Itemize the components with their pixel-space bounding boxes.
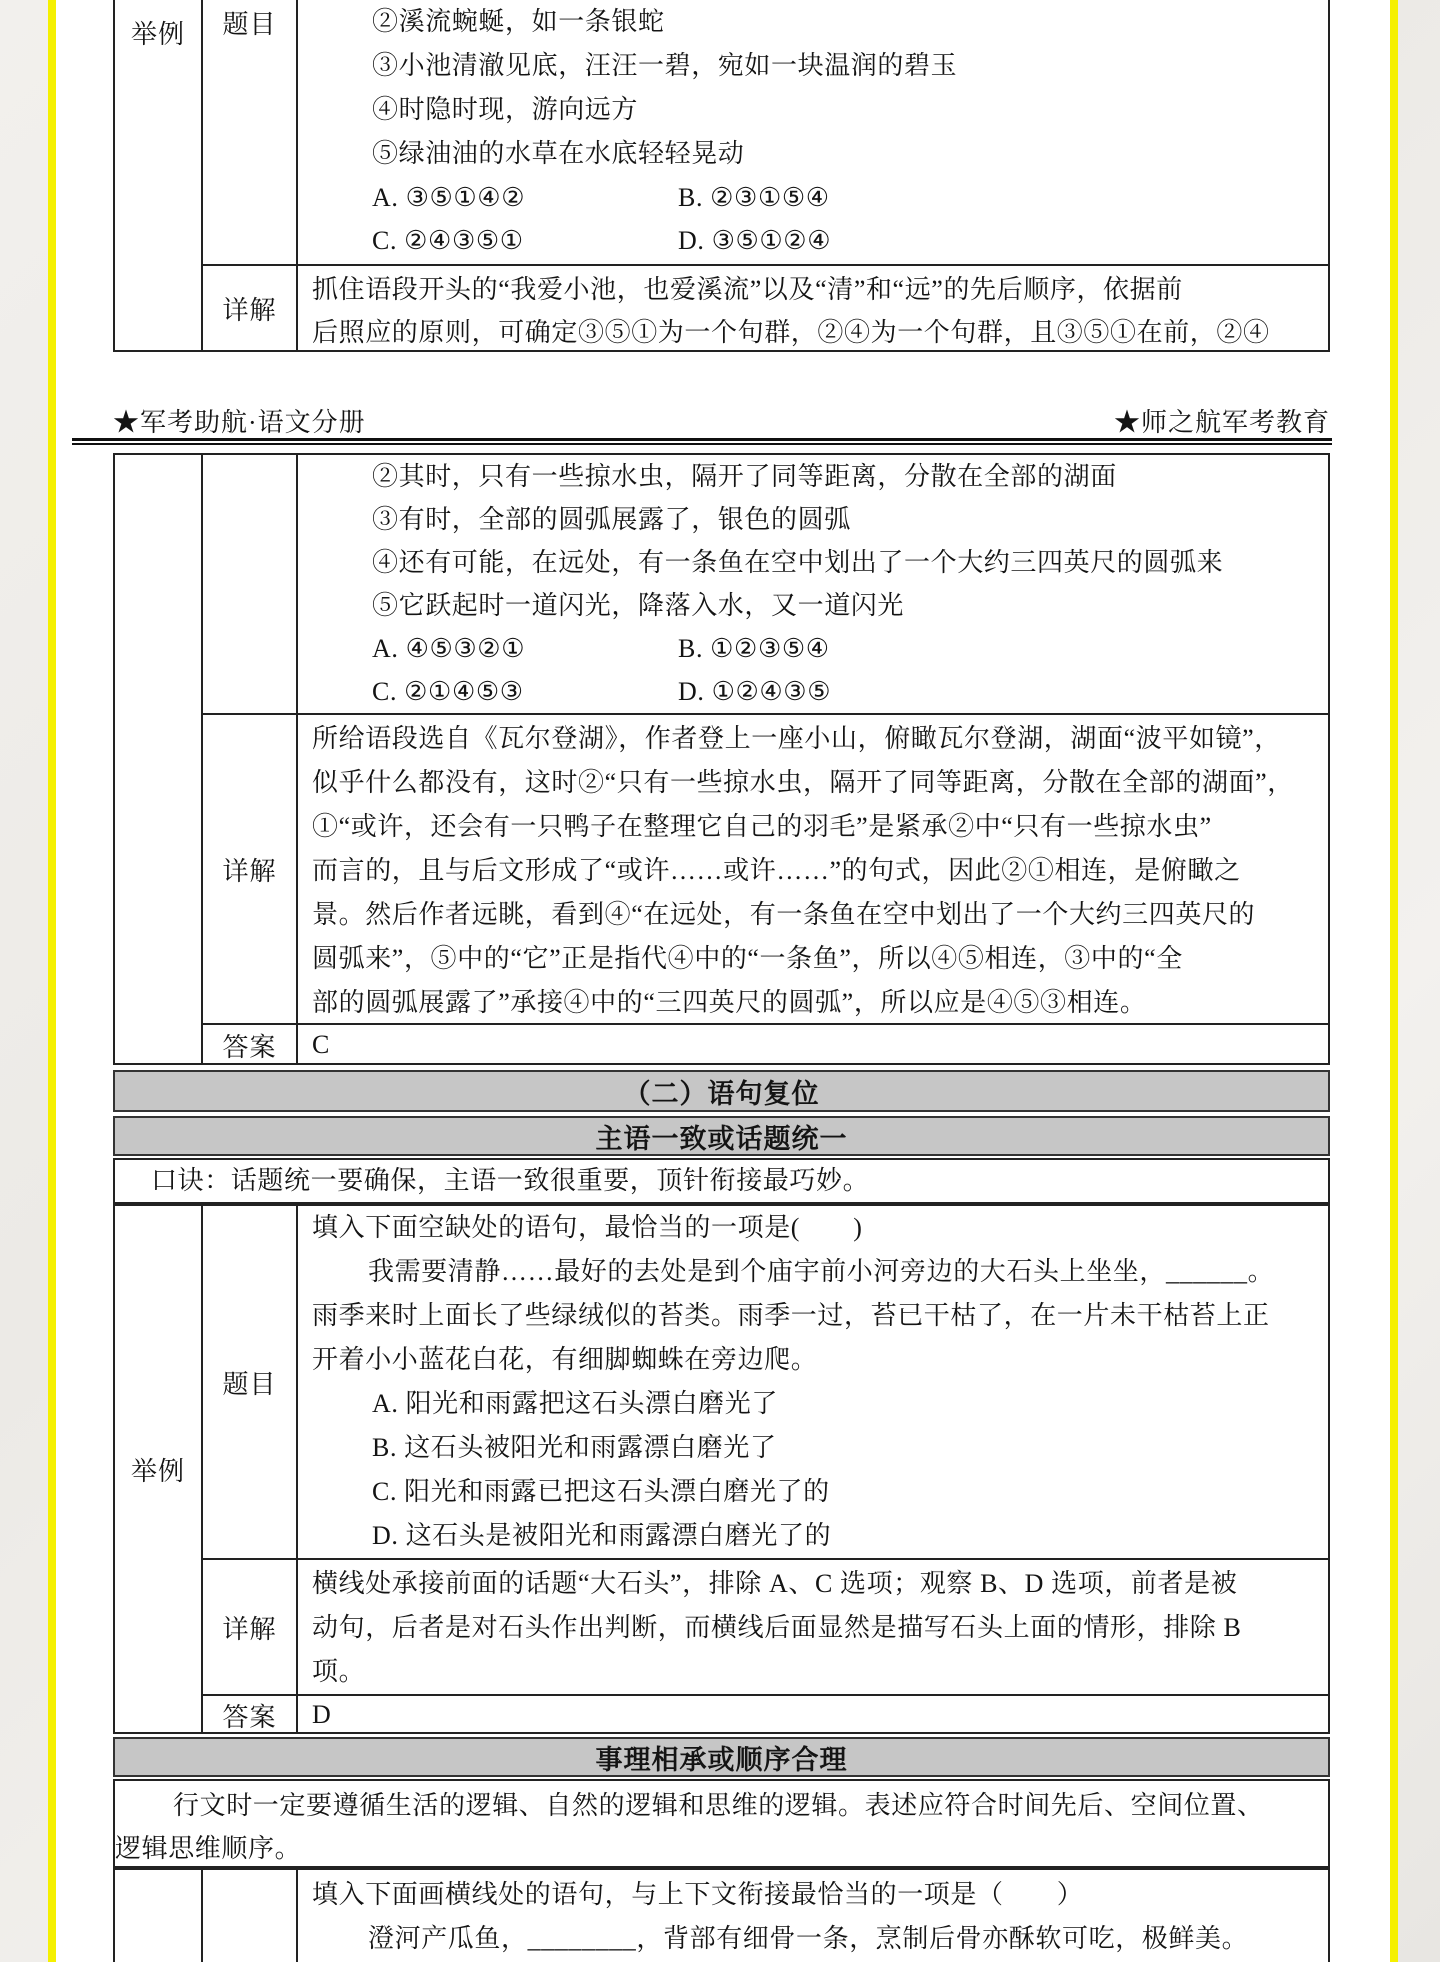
scanned-book-page: 举例 题目 ②溪流蜿蜒，如一条银蛇 ③小池清澈见底，汪汪一碧，宛如一块温润的碧玉… bbox=[0, 0, 1440, 1962]
note-line: 逻辑思维顺序。 bbox=[115, 1827, 1328, 1870]
cell-label-question: 题目 bbox=[203, 0, 298, 264]
page-header: ★军考助航·语文分册 ★师之航军考教育 bbox=[113, 402, 1330, 438]
row-label-example: 举例 bbox=[115, 0, 203, 350]
header-double-rule bbox=[72, 438, 1332, 445]
explain-line: 所给语段选自《瓦尔登湖》，作者登上一座小山，俯瞰瓦尔登湖，湖面“波平如镜”， bbox=[312, 717, 1328, 761]
cell-label-explain: 详解 bbox=[203, 1560, 298, 1694]
question-line: ③有时，全部的圆弧展露了，银色的圆弧 bbox=[312, 498, 1328, 541]
question-cell: ②溪流蜿蜒，如一条银蛇 ③小池清澈见底，汪汪一碧，宛如一块温润的碧玉 ④时隐时现… bbox=[298, 0, 1328, 264]
table-sentence-ordering-1: 举例 题目 ②溪流蜿蜒，如一条银蛇 ③小池清澈见底，汪汪一碧，宛如一块温润的碧玉… bbox=[113, 0, 1330, 352]
option-a: A. ③⑤①④② bbox=[312, 176, 678, 219]
right-yellow-rule bbox=[1390, 0, 1398, 1962]
left-yellow-rule bbox=[48, 0, 56, 1962]
option-b: B. ②③①⑤④ bbox=[678, 176, 830, 219]
question-line: ②溪流蜿蜒，如一条银蛇 bbox=[312, 0, 1328, 44]
question-line: ④还有可能，在远处，有一条鱼在空中划出了一个大约三四英尺的圆弧来 bbox=[312, 541, 1328, 584]
option-c: C. ②④③⑤① bbox=[312, 219, 678, 262]
option-b: B. ①②③⑤④ bbox=[678, 627, 830, 670]
question-cell: 填入下面空缺处的语句，最恰当的一项是( ) 我需要清静……最好的去处是到个庙宇前… bbox=[298, 1206, 1328, 1558]
explain-line: 而言的，且与后文形成了“或许……或许……”的句式，因此②①相连，是俯瞰之 bbox=[312, 849, 1328, 893]
mnemonic-row: 口诀：话题统一要确保，主语一致很重要，顶针衔接最巧妙。 bbox=[113, 1158, 1330, 1204]
question-paragraph-line: 澄河产瓜鱼，________，背部有细骨一条，烹制后骨亦酥软可吃，极鲜美。 bbox=[312, 1917, 1328, 1960]
explain-line: 横线处承接前面的话题“大石头”，排除 A、C 选项；观察 B、D 选项，前者是被 bbox=[312, 1562, 1328, 1606]
header-right-brand: ★师之航军考教育 bbox=[1114, 402, 1330, 438]
cell-label-question: 题目 bbox=[203, 1206, 298, 1558]
question-line: ③小池清澈见底，汪汪一碧，宛如一块温润的碧玉 bbox=[312, 44, 1328, 88]
row-label-empty bbox=[115, 455, 203, 1063]
answer-value: C bbox=[298, 1025, 1328, 1065]
question-cell: 填入下面画横线处的语句，与上下文衔接最恰当的一项是（ ） 澄河产瓜鱼，_____… bbox=[298, 1870, 1328, 1962]
cell-label-empty bbox=[203, 455, 298, 713]
explain-line: 景。然后作者远眺，看到④“在远处，有一条鱼在空中划出了一个大约三四英尺的 bbox=[312, 893, 1328, 937]
question-line: ⑤它跃起时一道闪光，降落入水，又一道闪光 bbox=[312, 584, 1328, 627]
explain-cell: 抓住语段开头的“我爱小池，也爱溪流”以及“清”和“远”的先后顺序，依据前 后照应… bbox=[298, 266, 1328, 350]
question-line: ②其时，只有一些掠水虫，隔开了同等距离，分散在全部的湖面 bbox=[312, 455, 1328, 498]
question-paragraph-line: 雨季来时上面长了些绿绒似的苔类。雨季一过，苔已干枯了，在一片未干枯苔上正 bbox=[312, 1294, 1328, 1338]
note-line: 行文时一定要遵循生活的逻辑、自然的逻辑和思维的逻辑。表述应符合时间先后、空间位置… bbox=[115, 1784, 1328, 1827]
table-sentence-fill-example: 举例 题目 填入下面空缺处的语句，最恰当的一项是( ) 我需要清静……最好的去处… bbox=[113, 1204, 1330, 1734]
option-b: B. 这石头被阳光和雨露漂白磨光了 bbox=[312, 1426, 1328, 1470]
question-stem: 填入下面空缺处的语句，最恰当的一项是( ) bbox=[312, 1206, 1328, 1250]
explain-line: ①“或许，还会有一只鸭子在整理它自己的羽毛”是紧承②中“只有一些掠水虫” bbox=[312, 805, 1328, 849]
table-sentence-ordering-2: ②其时，只有一些掠水虫，隔开了同等距离，分散在全部的湖面 ③有时，全部的圆弧展露… bbox=[113, 453, 1330, 1065]
header-left-booklet-title: ★军考助航·语文分册 bbox=[113, 402, 366, 438]
answer-value: D bbox=[298, 1696, 1328, 1734]
option-c: C. 阳光和雨露已把这石头漂白磨光了的 bbox=[312, 1470, 1328, 1514]
question-line: ⑤绿油油的水草在水底轻轻晃动 bbox=[312, 132, 1328, 176]
row-label-example: 举例 bbox=[115, 1206, 203, 1732]
section-heading-sentence-repositioning: （二）语句复位 bbox=[113, 1070, 1330, 1112]
question-stem: 填入下面画横线处的语句，与上下文衔接最恰当的一项是（ ） bbox=[312, 1873, 1328, 1917]
question-line: ④时隐时现，游向远方 bbox=[312, 88, 1328, 132]
options-row: C. ②④③⑤① D. ③⑤①②④ bbox=[312, 219, 1328, 262]
principle-note-row: 行文时一定要遵循生活的逻辑、自然的逻辑和思维的逻辑。表述应符合时间先后、空间位置… bbox=[113, 1779, 1330, 1868]
option-d: D. ③⑤①②④ bbox=[678, 219, 831, 262]
option-a: A. 阳光和雨露把这石头漂白磨光了 bbox=[312, 1382, 1328, 1426]
explain-line: 似乎什么都没有，这时②“只有一些掠水虫，隔开了同等距离，分散在全部的湖面”， bbox=[312, 761, 1328, 805]
explain-line: 项。 bbox=[312, 1650, 1328, 1694]
cell-label-explain: 详解 bbox=[203, 266, 298, 350]
explain-line: 圆弧来”，⑤中的“它”正是指代④中的“一条鱼”，所以④⑤相连，③中的“全 bbox=[312, 937, 1328, 981]
explain-cell: 所给语段选自《瓦尔登湖》，作者登上一座小山，俯瞰瓦尔登湖，湖面“波平如镜”， 似… bbox=[298, 715, 1328, 1023]
explain-line: 动句，后者是对石头作出判断，而横线后面显然是描写石头上面的情形，排除 B bbox=[312, 1606, 1328, 1650]
question-paragraph-line: 我需要清静……最好的去处是到个庙宇前小河旁边的大石头上坐坐，______。 bbox=[312, 1250, 1328, 1294]
question-paragraph-line: 开着小小蓝花白花，有细脚蜘蛛在旁边爬。 bbox=[312, 1338, 1328, 1382]
explain-line: 后照应的原则，可确定③⑤①为一个句群，②④为一个句群，且③⑤①在前，②④ bbox=[312, 311, 1328, 350]
option-d: D. 这石头是被阳光和雨露漂白磨光了的 bbox=[312, 1514, 1328, 1558]
cell-label-empty bbox=[203, 1870, 298, 1962]
option-a: A. ④⑤③②① bbox=[312, 627, 678, 670]
cell-label-explain: 详解 bbox=[203, 715, 298, 1023]
row-label-empty bbox=[115, 1870, 203, 1962]
options-row: A. ③⑤①④② B. ②③①⑤④ bbox=[312, 176, 1328, 219]
subsection-heading-logical-order: 事理相承或顺序合理 bbox=[113, 1737, 1330, 1777]
option-d: D. ①②④③⑤ bbox=[678, 670, 831, 713]
options-row: C. ②①④⑤③ D. ①②④③⑤ bbox=[312, 670, 1328, 713]
subsection-heading-subject-consistency: 主语一致或话题统一 bbox=[113, 1116, 1330, 1156]
table-sentence-fill-next: 填入下面画横线处的语句，与上下文衔接最恰当的一项是（ ） 澄河产瓜鱼，_____… bbox=[113, 1868, 1330, 1962]
option-c: C. ②①④⑤③ bbox=[312, 670, 678, 713]
cell-label-answer: 答案 bbox=[203, 1696, 298, 1734]
question-cell: ②其时，只有一些掠水虫，隔开了同等距离，分散在全部的湖面 ③有时，全部的圆弧展露… bbox=[298, 455, 1328, 713]
explain-line: 抓住语段开头的“我爱小池，也爱溪流”以及“清”和“远”的先后顺序，依据前 bbox=[312, 268, 1328, 311]
explain-line: 部的圆弧展露了”承接④中的“三四英尺的圆弧”，所以应是④⑤③相连。 bbox=[312, 981, 1328, 1023]
cell-label-answer: 答案 bbox=[203, 1025, 298, 1065]
explain-cell: 横线处承接前面的话题“大石头”，排除 A、C 选项；观察 B、D 选项，前者是被… bbox=[298, 1560, 1328, 1694]
options-row: A. ④⑤③②① B. ①②③⑤④ bbox=[312, 627, 1328, 670]
